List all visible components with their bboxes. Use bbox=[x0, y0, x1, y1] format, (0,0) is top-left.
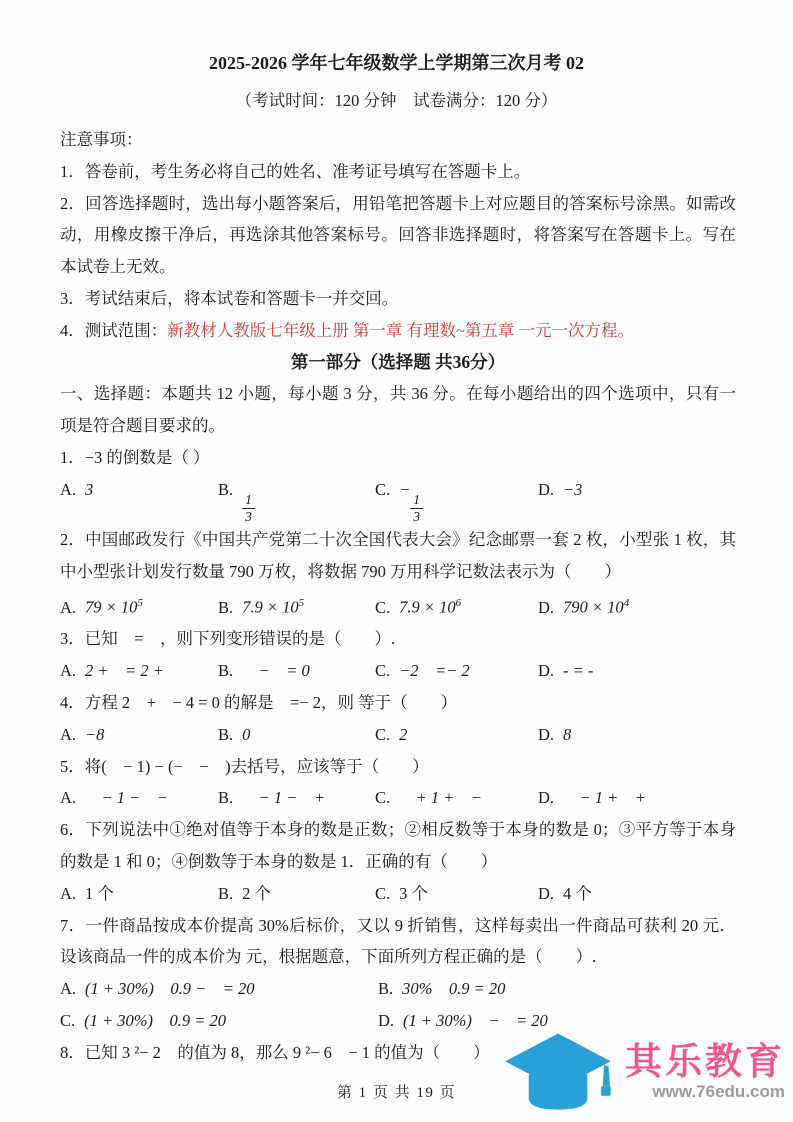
option-b: B. − = 0 bbox=[218, 655, 375, 687]
question-3-stem: 3．已知 = ，则下列变形错误的是（ ）. bbox=[60, 623, 736, 655]
option-a: A. − 1 − − bbox=[60, 782, 218, 814]
question-3: 3．已知 = ，则下列变形错误的是（ ）. A.2 + = 2 + B. − =… bbox=[60, 623, 736, 687]
option-d: D.4 个 bbox=[538, 878, 736, 910]
exam-paper-page: 2025-2026 学年七年级数学上学期第三次月考 02 （考试时间：120 分… bbox=[0, 0, 793, 1122]
question-7: 7．一件商品按成本价提高 30%后标价，又以 9 折销售，这样每卖出一件商品可获… bbox=[60, 910, 736, 1037]
question-6: 6．下列说法中①绝对值等于本身的数是正数；②相反数等于本身的数是 0；③平方等于… bbox=[60, 814, 736, 909]
notice-item-4-label: 4．测试范围： bbox=[60, 321, 167, 340]
question-5-options: A. − 1 − − B. − 1 − + C. + 1 + − D. − 1 … bbox=[60, 782, 736, 814]
graduation-cap-icon bbox=[499, 1032, 617, 1114]
page-title: 2025-2026 学年七年级数学上学期第三次月考 02 bbox=[0, 0, 793, 76]
question-5: 5．将( − 1) − (− − )去括号，应该等于（ ） A. − 1 − −… bbox=[60, 751, 736, 815]
option-b: B.0 bbox=[218, 719, 375, 751]
notice-heading: 注意事项： bbox=[60, 124, 736, 156]
question-3-options: A.2 + = 2 + B. − = 0 C.−2 =− 2 D.- = - bbox=[60, 655, 736, 687]
notice-item-2: 2．回答选择题时，选出每小题答案后，用铅笔把答题卡上对应题目的答案标号涂黑。如需… bbox=[60, 188, 736, 283]
option-c: C.(1 + 30%) 0.9 = 20 bbox=[60, 1005, 378, 1037]
notice-item-1: 1．答卷前，考生务必将自己的姓名、准考证号填写在答题卡上。 bbox=[60, 156, 736, 188]
notice-item-4: 4．测试范围：新教材人教版七年级上册 第一章 有理数~第五章 一元一次方程。 bbox=[60, 315, 736, 347]
section-1-title: 第一部分（选择题 共36分） bbox=[60, 347, 736, 379]
exam-body: 注意事项： 1．答卷前，考生务必将自己的姓名、准考证号填写在答题卡上。 2．回答… bbox=[0, 114, 793, 1069]
notice-item-3: 3．考试结束后，将本试卷和答题卡一并交回。 bbox=[60, 283, 736, 315]
question-2: 2．中国邮政发行《中国共产党第二十次全国代表大会》纪念邮票一套 2 枚，小型张 … bbox=[60, 524, 736, 623]
option-a: A.79 × 105 bbox=[60, 588, 218, 623]
question-1: 1．−3 的倒数是（ ） A.3 B.13 C.−13 D.−3 bbox=[60, 442, 736, 524]
option-c: C. + 1 + − bbox=[375, 782, 538, 814]
option-d: D.- = - bbox=[538, 655, 736, 687]
question-7-options: A.(1 + 30%) 0.9 − = 20 B.30% 0.9 = 20 C.… bbox=[60, 973, 736, 1037]
question-2-options: A.79 × 105 B.7.9 × 105 C.7.9 × 106 D.790… bbox=[60, 588, 736, 623]
option-b: B. − 1 − + bbox=[218, 782, 375, 814]
question-4: 4．方程 2 + − 4 = 0 的解是 =− 2，则 等于（ ） A.−8 B… bbox=[60, 687, 736, 751]
option-c: C.−13 bbox=[375, 474, 538, 525]
option-d: D.790 × 104 bbox=[538, 588, 736, 623]
question-4-options: A.−8 B.0 C.2 D.8 bbox=[60, 719, 736, 751]
option-c: C.−2 =− 2 bbox=[375, 655, 538, 687]
option-a: A.1 个 bbox=[60, 878, 218, 910]
section-1-intro: 一、选择题：本题共 12 小题，每小题 3 分，共 36 分。在每小题给出的四个… bbox=[60, 378, 736, 442]
question-6-stem: 6．下列说法中①绝对值等于本身的数是正数；②相反数等于本身的数是 0；③平方等于… bbox=[60, 814, 736, 878]
fraction: 13 bbox=[410, 493, 423, 525]
test-scope-text: 新教材人教版七年级上册 第一章 有理数~第五章 一元一次方程。 bbox=[167, 321, 634, 340]
option-c: C.3 个 bbox=[375, 878, 538, 910]
question-5-stem: 5．将( − 1) − (− − )去括号，应该等于（ ） bbox=[60, 751, 736, 783]
option-a: A.(1 + 30%) 0.9 − = 20 bbox=[60, 973, 378, 1005]
publisher-logo: 其乐教育 www.76edu.com bbox=[499, 1032, 785, 1114]
option-d: D.−3 bbox=[538, 474, 736, 525]
option-c: C.7.9 × 106 bbox=[375, 588, 538, 623]
option-a: A.−8 bbox=[60, 719, 218, 751]
option-b: B.30% 0.9 = 20 bbox=[378, 973, 736, 1005]
option-d: D. − 1 + + bbox=[538, 782, 736, 814]
option-b: B.13 bbox=[218, 474, 375, 525]
exam-meta: （考试时间：120 分钟 试卷满分：120 分） bbox=[0, 88, 793, 114]
logo-website-url: www.76edu.com bbox=[652, 1082, 785, 1102]
logo-text-block: 其乐教育 www.76edu.com bbox=[625, 1043, 785, 1102]
question-7-stem: 7．一件商品按成本价提高 30%后标价，又以 9 折销售，这样每卖出一件商品可获… bbox=[60, 910, 736, 974]
option-a: A.2 + = 2 + bbox=[60, 655, 218, 687]
option-d: D.8 bbox=[538, 719, 736, 751]
question-2-stem: 2．中国邮政发行《中国共产党第二十次全国代表大会》纪念邮票一套 2 枚，小型张 … bbox=[60, 524, 736, 588]
logo-brand-name: 其乐教育 bbox=[625, 1043, 785, 1082]
question-6-options: A.1 个 B.2 个 C.3 个 D.4 个 bbox=[60, 878, 736, 910]
option-b: B.2 个 bbox=[218, 878, 375, 910]
question-1-options: A.3 B.13 C.−13 D.−3 bbox=[60, 474, 736, 525]
fraction: 13 bbox=[242, 493, 255, 525]
option-a: A.3 bbox=[60, 474, 218, 525]
option-b: B.7.9 × 105 bbox=[218, 588, 375, 623]
question-4-stem: 4．方程 2 + − 4 = 0 的解是 =− 2，则 等于（ ） bbox=[60, 687, 736, 719]
question-1-stem: 1．−3 的倒数是（ ） bbox=[60, 442, 736, 474]
option-c: C.2 bbox=[375, 719, 538, 751]
